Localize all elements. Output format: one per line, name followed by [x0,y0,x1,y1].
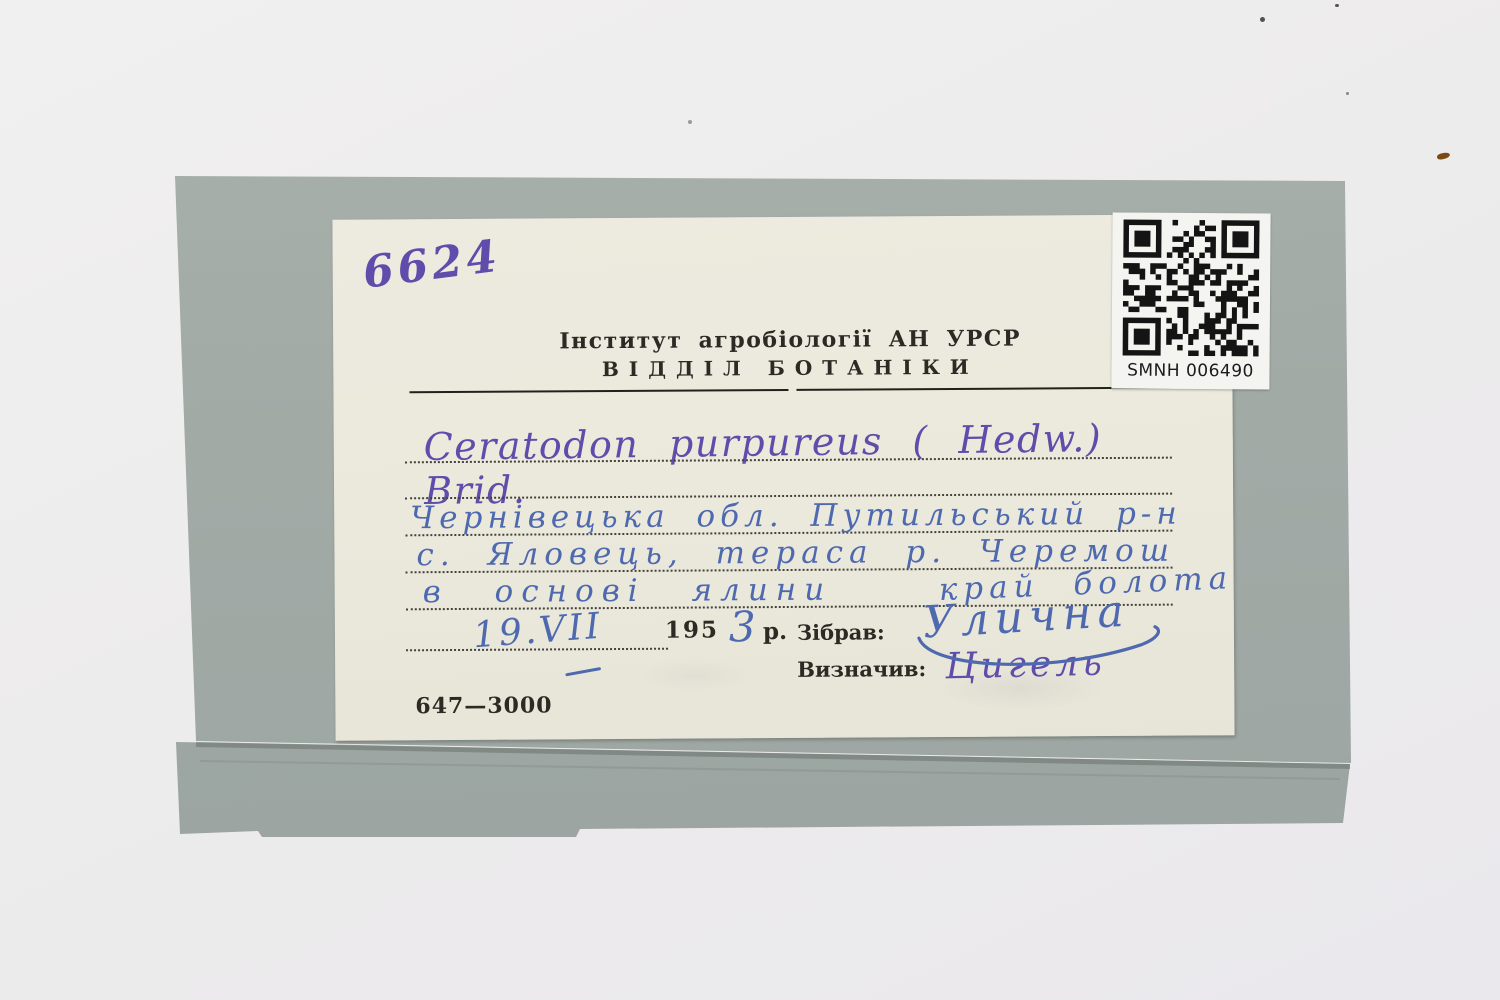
dust-speck [1346,92,1349,95]
dust-speck [1260,17,1265,22]
catalog-number: 6624 [360,230,504,298]
locality-line-3a: в основі ялини [423,572,833,611]
dust-speck [1335,4,1339,7]
locality-line-1: Чернівецька обл. Путильський р-н [410,496,1182,537]
ink-smudge [635,657,755,693]
year-digit-handwritten: 3 [729,602,756,651]
department-name: ВІДДІЛ БОТАНІКИ [409,354,1171,383]
collector-label: Зібрав: [797,619,885,645]
header-rule-left [409,389,788,393]
pen-dash [565,667,601,676]
print-run-code: 647—3000 [415,692,552,719]
signature-swash [905,611,1185,683]
year-suffix: р. [763,618,787,645]
specimen-label: 6624 Інститут агробіології АН УРСР ВІДДІ… [332,214,1234,740]
dust-speck [688,120,692,124]
specimen-id: SMNH 006490 [1111,360,1269,381]
year-printed: 195 [665,616,719,643]
barcode-sticker: SMNH 006490 [1111,212,1270,389]
institute-name: Інститут агробіології АН УРСР [409,325,1171,356]
qr-code [1123,220,1260,357]
debris-speck [1436,151,1450,160]
photo-stage: 6624 Інститут агробіології АН УРСР ВІДДІ… [0,0,1500,1000]
